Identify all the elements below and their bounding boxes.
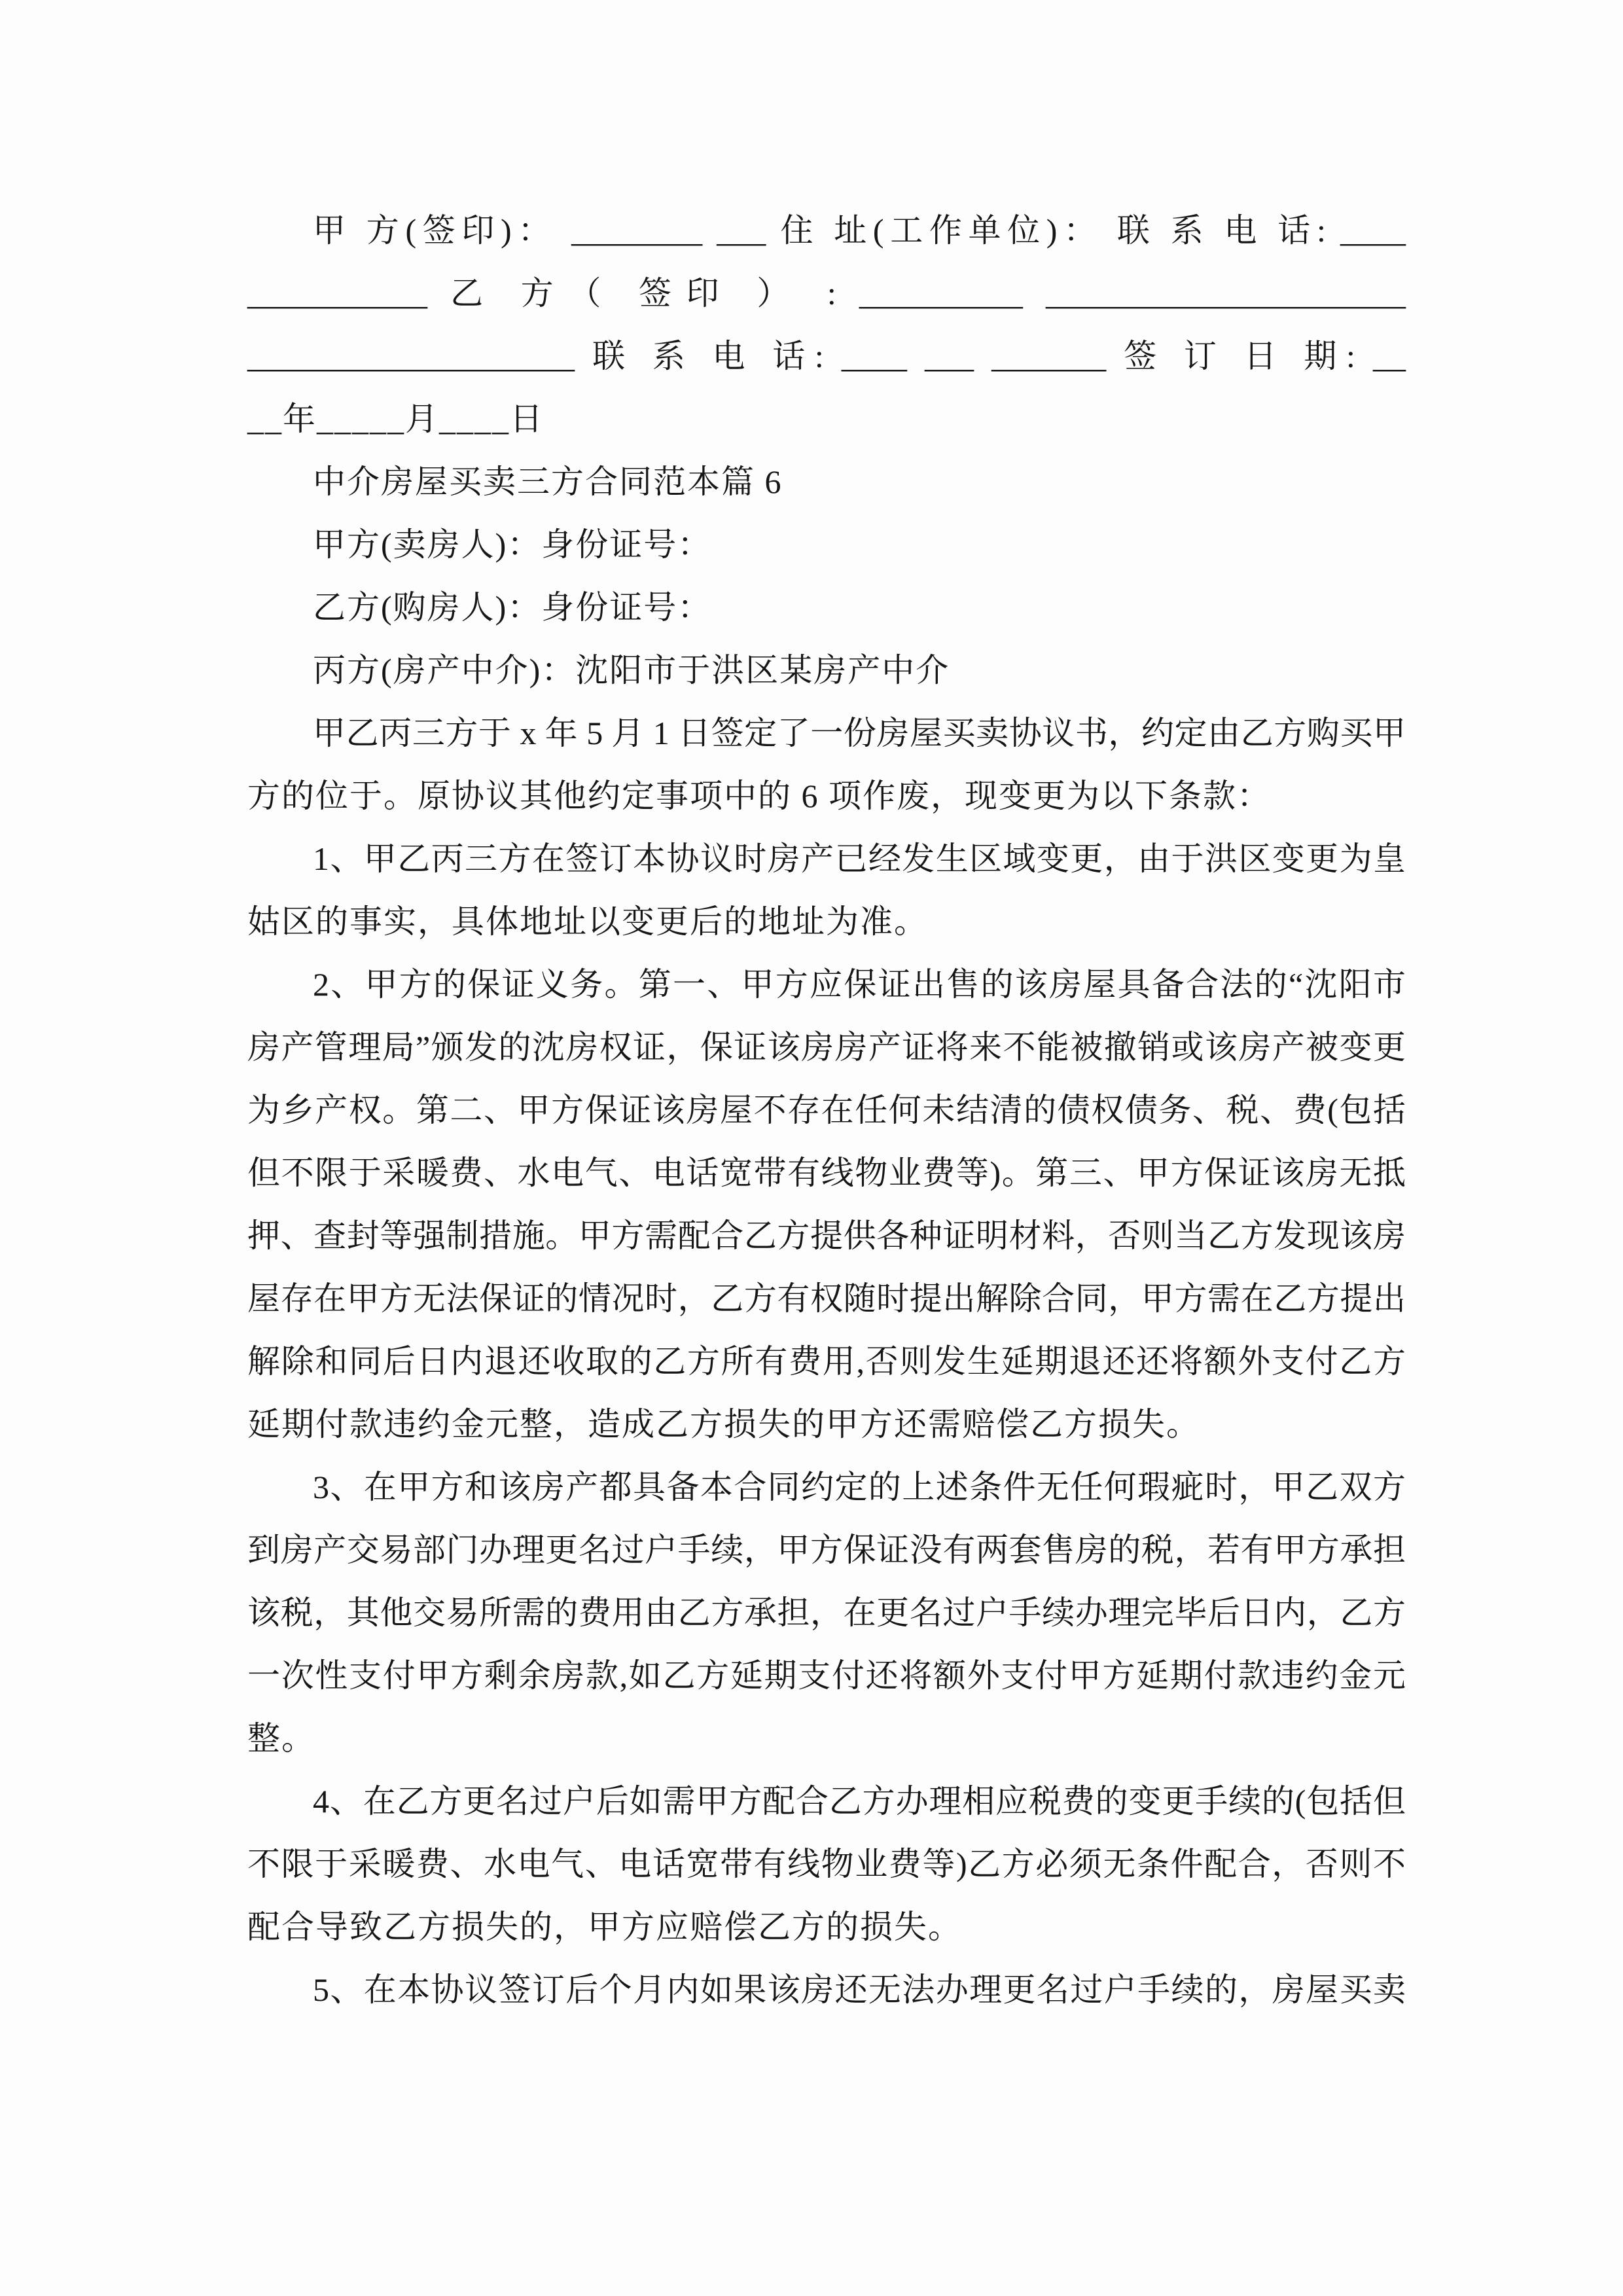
document-line: 不限于采暖费、水电气、电话宽带有线物业费等)乙方必须无条件配合，否则不 <box>247 1833 1406 1895</box>
document-line: 解除和同后日内退还收取的乙方所有费用,否则发生延期退还还将额外支付乙方 <box>247 1330 1406 1393</box>
document-line: 5、在本协议签订后个月内如果该房还无法办理更名过户手续的，房屋买卖 <box>247 1958 1406 2021</box>
document-line: 整。 <box>247 1707 1406 1770</box>
document-line: 一次性支付甲方剩余房款,如乙方延期支付还将额外支付甲方延期付款违约金元 <box>247 1644 1406 1707</box>
document-line: 中介房屋买卖三方合同范本篇 6 <box>247 450 1406 513</box>
document-line: 3、在甲方和该房产都具备本合同约定的上述条件无任何瑕疵时，甲乙双方 <box>247 1456 1406 1518</box>
contract-page: 甲 方(签印)： ________ ___ 住 址(工作单位)： 联 系 电 话… <box>0 0 1623 2296</box>
document-line: 姑区的事实，具体地址以变更后的地址为准。 <box>247 890 1406 953</box>
document-line: 甲乙丙三方于 x 年 5 月 1 日签定了一份房屋买卖协议书，约定由乙方购买甲 <box>247 702 1406 764</box>
document-line: ____________________ 联 系 电 话: ____ ___ _… <box>247 325 1406 387</box>
document-line: 方的位于。原协议其他约定事项中的 6 项作废，现变更为以下条款： <box>247 764 1406 827</box>
document-line: 丙方(房产中介)：沈阳市于洪区某房产中介 <box>247 639 1406 702</box>
document-line: 屋存在甲方无法保证的情况时，乙方有权随时提出解除合同，甲方需在乙方提出 <box>247 1267 1406 1330</box>
document-line: 房产管理局”颁发的沈房权证，保证该房房产证将来不能被撤销或该房产被变更 <box>247 1016 1406 1079</box>
document-line: 押、查封等强制措施。甲方需配合乙方提供各种证明材料，否则当乙方发现该房 <box>247 1204 1406 1267</box>
document-line: 到房产交易部门办理更名过户手续，甲方保证没有两套售房的税，若有甲方承担 <box>247 1518 1406 1581</box>
document-line: 但不限于采暖费、水电气、电话宽带有线物业费等)。第三、甲方保证该房无抵 <box>247 1141 1406 1204</box>
document-line: 配合导致乙方损失的，甲方应赔偿乙方的损失。 <box>247 1895 1406 1958</box>
document-line: 该税，其他交易所需的费用由乙方承担，在更名过户手续办理完毕后日内，乙方 <box>247 1581 1406 1644</box>
document-line: ___________ 乙 方（ 签印 ） : __________ _____… <box>247 262 1406 325</box>
document-line: 2、甲方的保证义务。第一、甲方应保证出售的该房屋具备合法的“沈阳市 <box>247 953 1406 1016</box>
document-line: 4、在乙方更名过户后如需甲方配合乙方办理相应税费的变更手续的(包括但 <box>247 1770 1406 1833</box>
document-line: 为乡产权。第二、甲方保证该房屋不存在任何未结清的债权债务、税、费(包括 <box>247 1079 1406 1141</box>
document-line: 甲 方(签印)： ________ ___ 住 址(工作单位)： 联 系 电 话… <box>247 199 1406 262</box>
document-line: 甲方(卖房人)：身份证号： <box>247 513 1406 576</box>
document-line: 乙方(购房人)：身份证号： <box>247 576 1406 639</box>
document-line: 延期付款违约金元整，造成乙方损失的甲方还需赔偿乙方损失。 <box>247 1393 1406 1456</box>
document-line: 1、甲乙丙三方在签订本协议时房产已经发生区域变更，由于洪区变更为皇 <box>247 827 1406 890</box>
document-lines: 甲 方(签印)： ________ ___ 住 址(工作单位)： 联 系 电 话… <box>247 199 1406 2021</box>
document-line: __年_____月____日 <box>247 387 1406 450</box>
